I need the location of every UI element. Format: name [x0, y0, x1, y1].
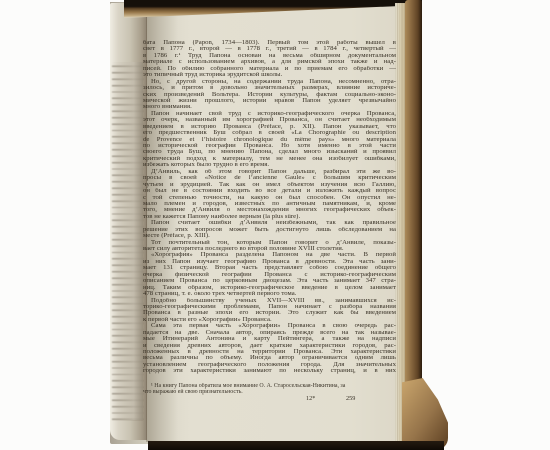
cover-bottom-corner	[402, 378, 448, 450]
bottom-shadow	[148, 441, 444, 450]
page-number: 259	[346, 395, 355, 402]
left-page-text-fade	[112, 62, 143, 420]
body-line: городов эти характеристики занимают по н…	[143, 368, 396, 374]
footnote: ¹ На книгу Папона обратила мое внимание …	[143, 383, 396, 396]
page-text-block: бата Папона (Papon, 1734—1803). Первый т…	[143, 40, 396, 375]
book-photo: бата Папона (Papon, 1734—1803). Первый т…	[0, 0, 550, 450]
footnote-line: что выражаю ей свою признательность.	[143, 389, 396, 395]
signature-mark: 12*	[306, 395, 315, 402]
